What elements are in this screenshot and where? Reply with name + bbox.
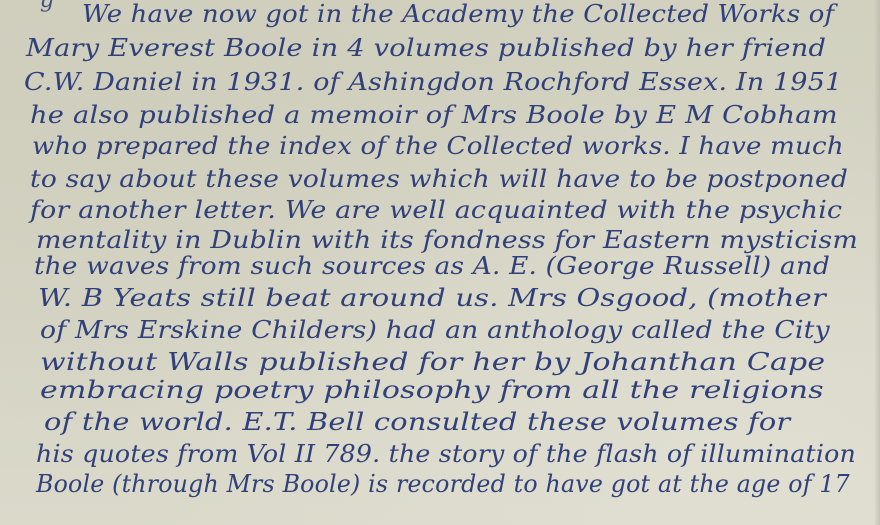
handwritten-line: Boole (through Mrs Boole) is recorded to… (36, 472, 850, 497)
handwritten-line: to say about these volumes which will ha… (30, 167, 848, 192)
handwritten-line: who prepared the index of the Collected … (32, 134, 844, 159)
handwritten-line: his quotes from Vol II 789. the story of… (36, 442, 856, 467)
handwritten-line: We have now got in the Academy the Colle… (82, 2, 834, 27)
handwritten-line: he also published a memoir of Mrs Boole … (30, 103, 838, 128)
handwritten-line: Mary Everest Boole in 4 volumes publishe… (26, 36, 826, 61)
paper-right-edge (874, 0, 880, 525)
handwritten-line: of Mrs Erskine Childers) had an antholog… (40, 318, 830, 343)
handwritten-line: for another letter. We are well acquaint… (30, 198, 842, 223)
handwritten-line: mentality in Dublin with its fondness fo… (36, 228, 858, 253)
handwritten-line: W. B Yeats still beat around us. Mrs Osg… (38, 286, 826, 311)
cut-off-text-fragment: g (40, 0, 54, 13)
handwritten-line: C.W. Daniel in 1931. of Ashingdon Rochfo… (24, 70, 842, 95)
handwritten-line: the waves from such sources as A. E. (Ge… (34, 254, 830, 279)
handwritten-line: without Walls published for her by Johan… (40, 350, 825, 375)
handwritten-line: embracing poetry philosophy from all the… (40, 378, 824, 403)
handwritten-line: of the world. E.T. Bell consulted these … (44, 410, 790, 435)
letter-page: g We have now got in the Academy the Col… (0, 0, 880, 525)
